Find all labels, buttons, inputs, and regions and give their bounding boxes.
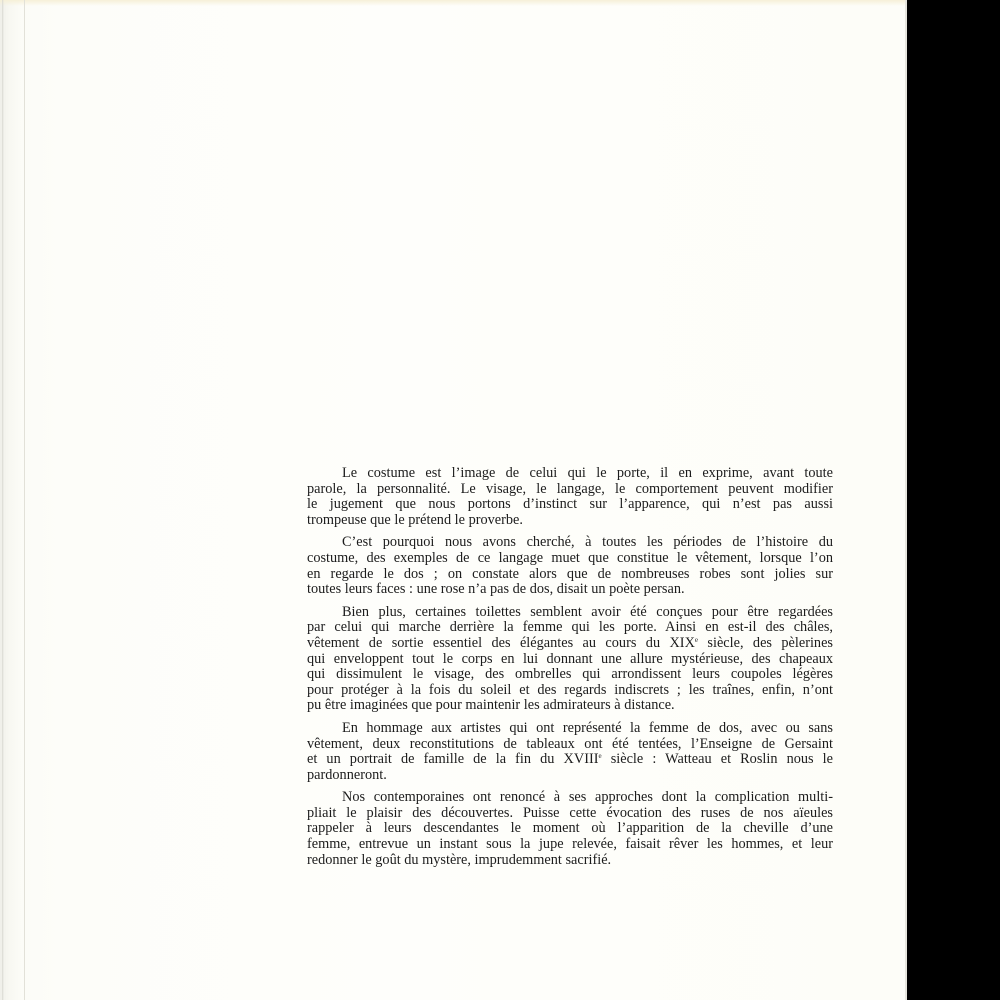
text-line: pu être imaginées que pour maintenir les… xyxy=(307,698,833,714)
text-segment: vêtement de sortie essentiel des élégant… xyxy=(307,635,695,651)
body-text: Le costume est l’image de celui qui le p… xyxy=(307,466,833,875)
paragraph: C’est pourquoi nous avons cherché, à tou… xyxy=(307,535,833,597)
text-line: Le costume est l’image de celui qui le p… xyxy=(307,466,833,482)
text-line: C’est pourquoi nous avons cherché, à tou… xyxy=(307,535,833,551)
paragraph: Le costume est l’image de celui qui le p… xyxy=(307,466,833,528)
binding-shadow xyxy=(2,0,4,1000)
text-line: parole, la personnalité. Le visage, le l… xyxy=(307,482,833,498)
text-line: pardonneront. xyxy=(307,768,833,784)
paragraph: Bien plus, certaines toilettes semblent … xyxy=(307,605,833,714)
text-line: En hommage aux artistes qui ont représen… xyxy=(307,721,833,737)
text-segment: siècle, des pèlerines xyxy=(698,635,833,651)
text-segment: siècle : Watteau et Roslin nous le xyxy=(602,751,833,767)
paragraph: Nos contemporaines ont renoncé à ses app… xyxy=(307,790,833,868)
text-line: Nos contemporaines ont renoncé à ses app… xyxy=(307,790,833,806)
text-line: pour protéger à la fois du soleil et des… xyxy=(307,683,833,699)
paragraph: En hommage aux artistes qui ont représen… xyxy=(307,721,833,783)
text-line: toutes leurs faces : une rose n’a pas de… xyxy=(307,582,833,598)
text-line: pliait le plaisir des découvertes. Puiss… xyxy=(307,806,833,822)
binding-crease xyxy=(24,0,25,1000)
page-edge xyxy=(905,0,907,1000)
text-line: en regarde le dos ; on constate alors qu… xyxy=(307,567,833,583)
text-line: costume, des exemples de ce langage muet… xyxy=(307,551,833,567)
text-line: le jugement que nous portons d’instinct … xyxy=(307,497,833,513)
book-page: Le costume est l’image de celui qui le p… xyxy=(0,0,907,1000)
text-line: Bien plus, certaines toilettes semblent … xyxy=(307,605,833,621)
text-line: par celui qui marche derrière la femme q… xyxy=(307,620,833,636)
text-line: qui dissimulent le visage, des ombrelles… xyxy=(307,667,833,683)
text-line: qui enveloppent tout le corps en lui don… xyxy=(307,652,833,668)
text-line: et un portrait de famille de la fin du X… xyxy=(307,752,833,768)
text-line: trompeuse que le prétend le proverbe. xyxy=(307,513,833,529)
text-line: vêtement de sortie essentiel des élégant… xyxy=(307,636,833,652)
text-line: redonner le goût du mystère, imprudemmen… xyxy=(307,853,833,869)
text-line: rappeler à leurs descendantes le moment … xyxy=(307,821,833,837)
page-top-tint xyxy=(0,0,907,6)
text-segment: et un portrait de famille de la fin du X… xyxy=(307,751,598,767)
text-line: vêtement, deux reconstitutions de tablea… xyxy=(307,737,833,753)
text-line: femme, entrevue un instant sous la jupe … xyxy=(307,837,833,853)
